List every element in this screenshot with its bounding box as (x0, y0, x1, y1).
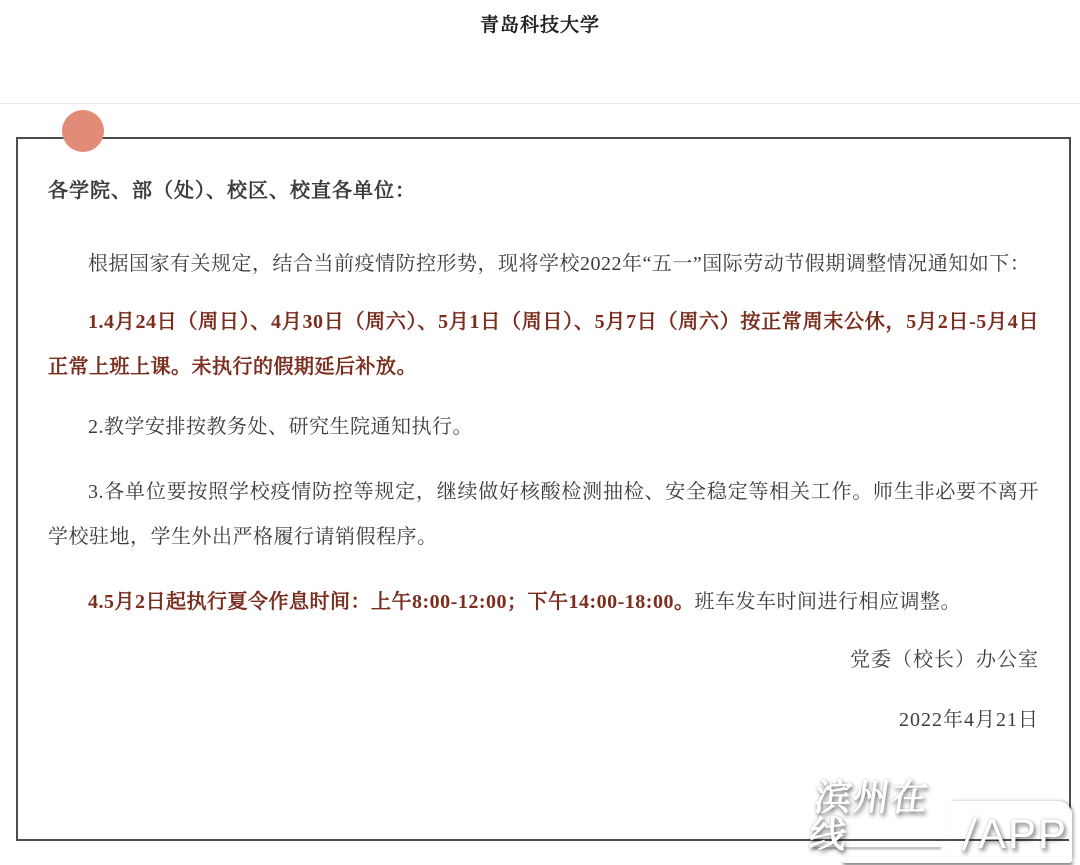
notice-intro: 根据国家有关规定，结合当前疫情防控形势，现将学校2022年“五一”国际劳动节假期… (48, 242, 1039, 287)
notice-item-2: 2.教学安排按教务处、研究生院通知执行。 (48, 405, 1039, 450)
notice-box: 各学院、部（处）、校区、校直各单位： 根据国家有关规定，结合当前疫情防控形势，现… (16, 137, 1071, 841)
notice-date: 2022年4月21日 (48, 698, 1039, 743)
notice-signature: 党委（校长）办公室 (48, 638, 1039, 683)
notice-item-4-normal: 班车发车时间进行相应调整。 (694, 591, 961, 613)
watermark-underline-shape (812, 845, 940, 847)
header-divider (0, 103, 1080, 104)
notice-item-3: 3.各单位要按照学校疫情防控等规定，继续做好核酸检测抽检、安全稳定等相关工作。师… (48, 470, 1039, 560)
notice-item-1: 1.4月24日（周日）、4月30日（周六）、5月1日（周日）、5月7日（周六）按… (48, 300, 1039, 390)
page-header: 青岛科技大学 (0, 10, 1080, 37)
notice-item-4-emphasis: 4.5月2日起执行夏令作息时间：上午8:00-12:00；下午14:00-18:… (88, 591, 694, 613)
notice-salutation: 各学院、部（处）、校区、校直各单位： (48, 169, 1039, 214)
accent-circle (62, 110, 104, 152)
watermark-swoosh-shape (842, 857, 1072, 863)
page-title: 青岛科技大学 (0, 10, 1080, 37)
notice-item-4: 4.5月2日起执行夏令作息时间：上午8:00-12:00；下午14:00-18:… (48, 580, 1039, 625)
